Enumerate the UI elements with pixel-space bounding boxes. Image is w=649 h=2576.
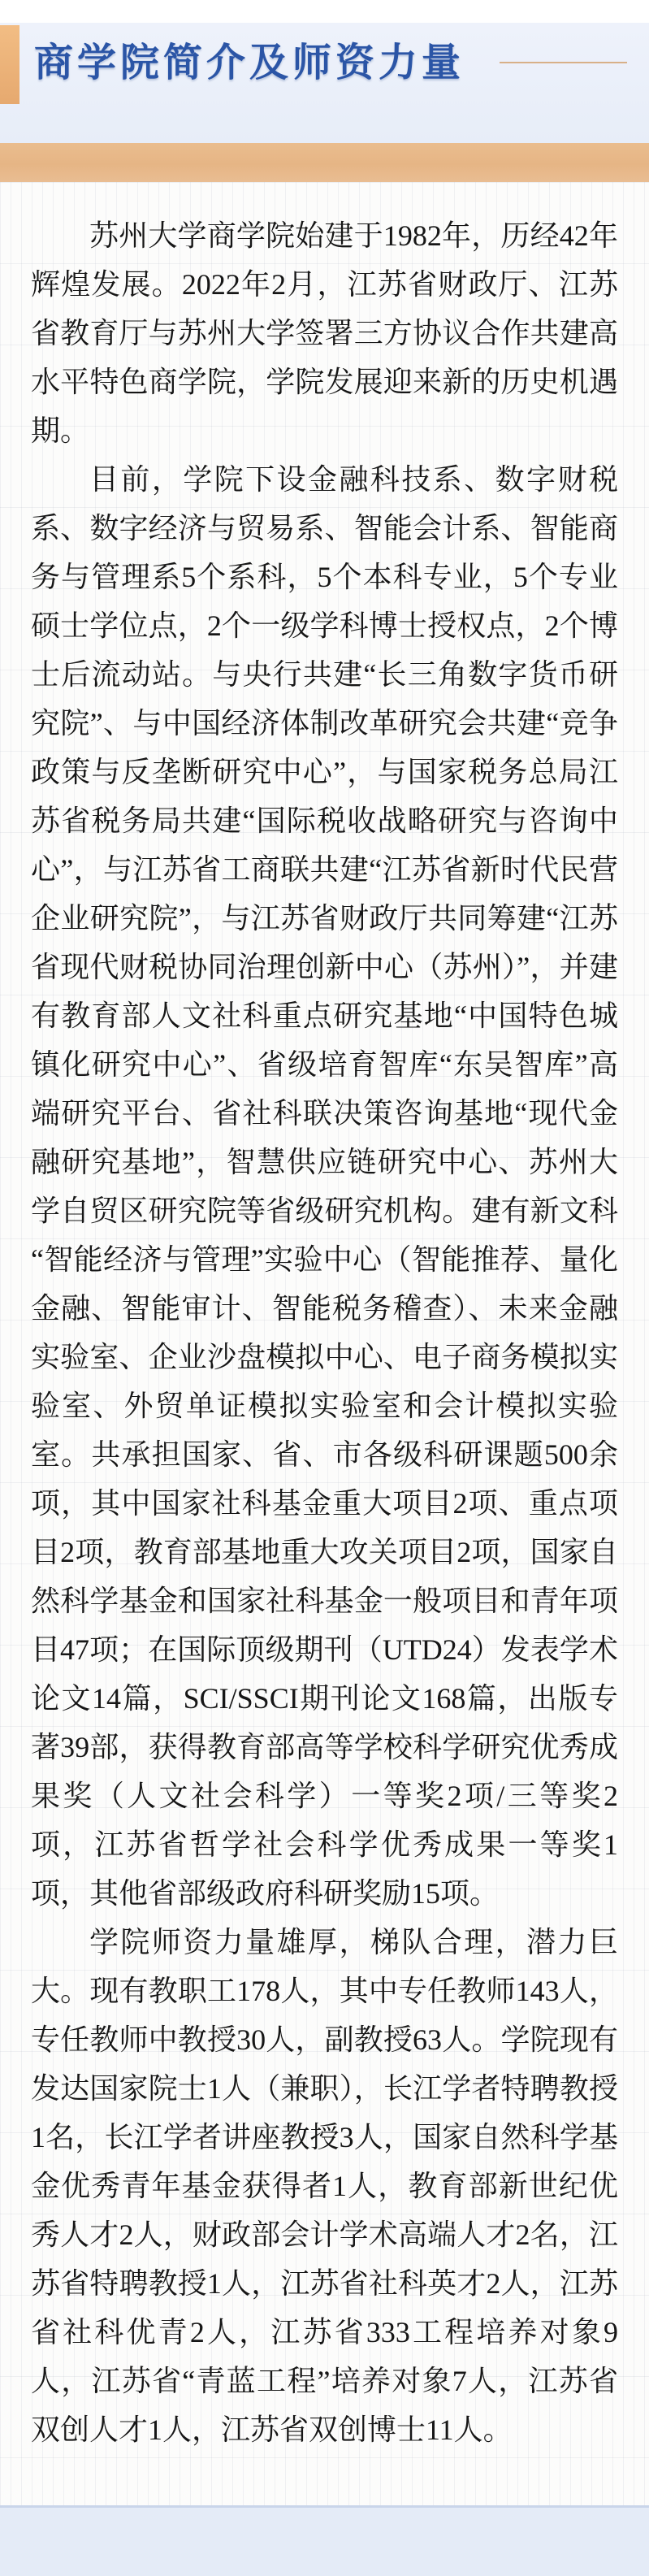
page-title: 商学院简介及师资力量 xyxy=(34,34,465,93)
paragraph-history: 苏州大学商学院始建于1982年，历经42年辉煌发展。2022年2月，江苏省财政厅… xyxy=(31,211,618,455)
top-white-strip xyxy=(0,0,649,23)
section-divider-band xyxy=(0,143,649,182)
page: 商学院简介及师资力量 苏州大学商学院始建于1982年，历经42年辉煌发展。202… xyxy=(0,0,649,2576)
title-accent-bar xyxy=(0,25,19,104)
paragraph-overview: 目前，学院下设金融科技系、数字财税系、数字经济与贸易系、智能会计系、智能商务与管… xyxy=(31,455,618,1918)
header: 商学院简介及师资力量 xyxy=(0,23,649,143)
paragraph-faculty: 学院师资力量雄厚，梯队合理，潜力巨大。现有教职工178人，其中专任教师143人，… xyxy=(31,1918,618,2454)
article-card: 苏州大学商学院始建于1982年，历经42年辉煌发展。2022年2月，江苏省财政厅… xyxy=(0,182,649,2508)
title-decoration-line xyxy=(500,62,627,63)
page-footer xyxy=(0,2508,649,2576)
